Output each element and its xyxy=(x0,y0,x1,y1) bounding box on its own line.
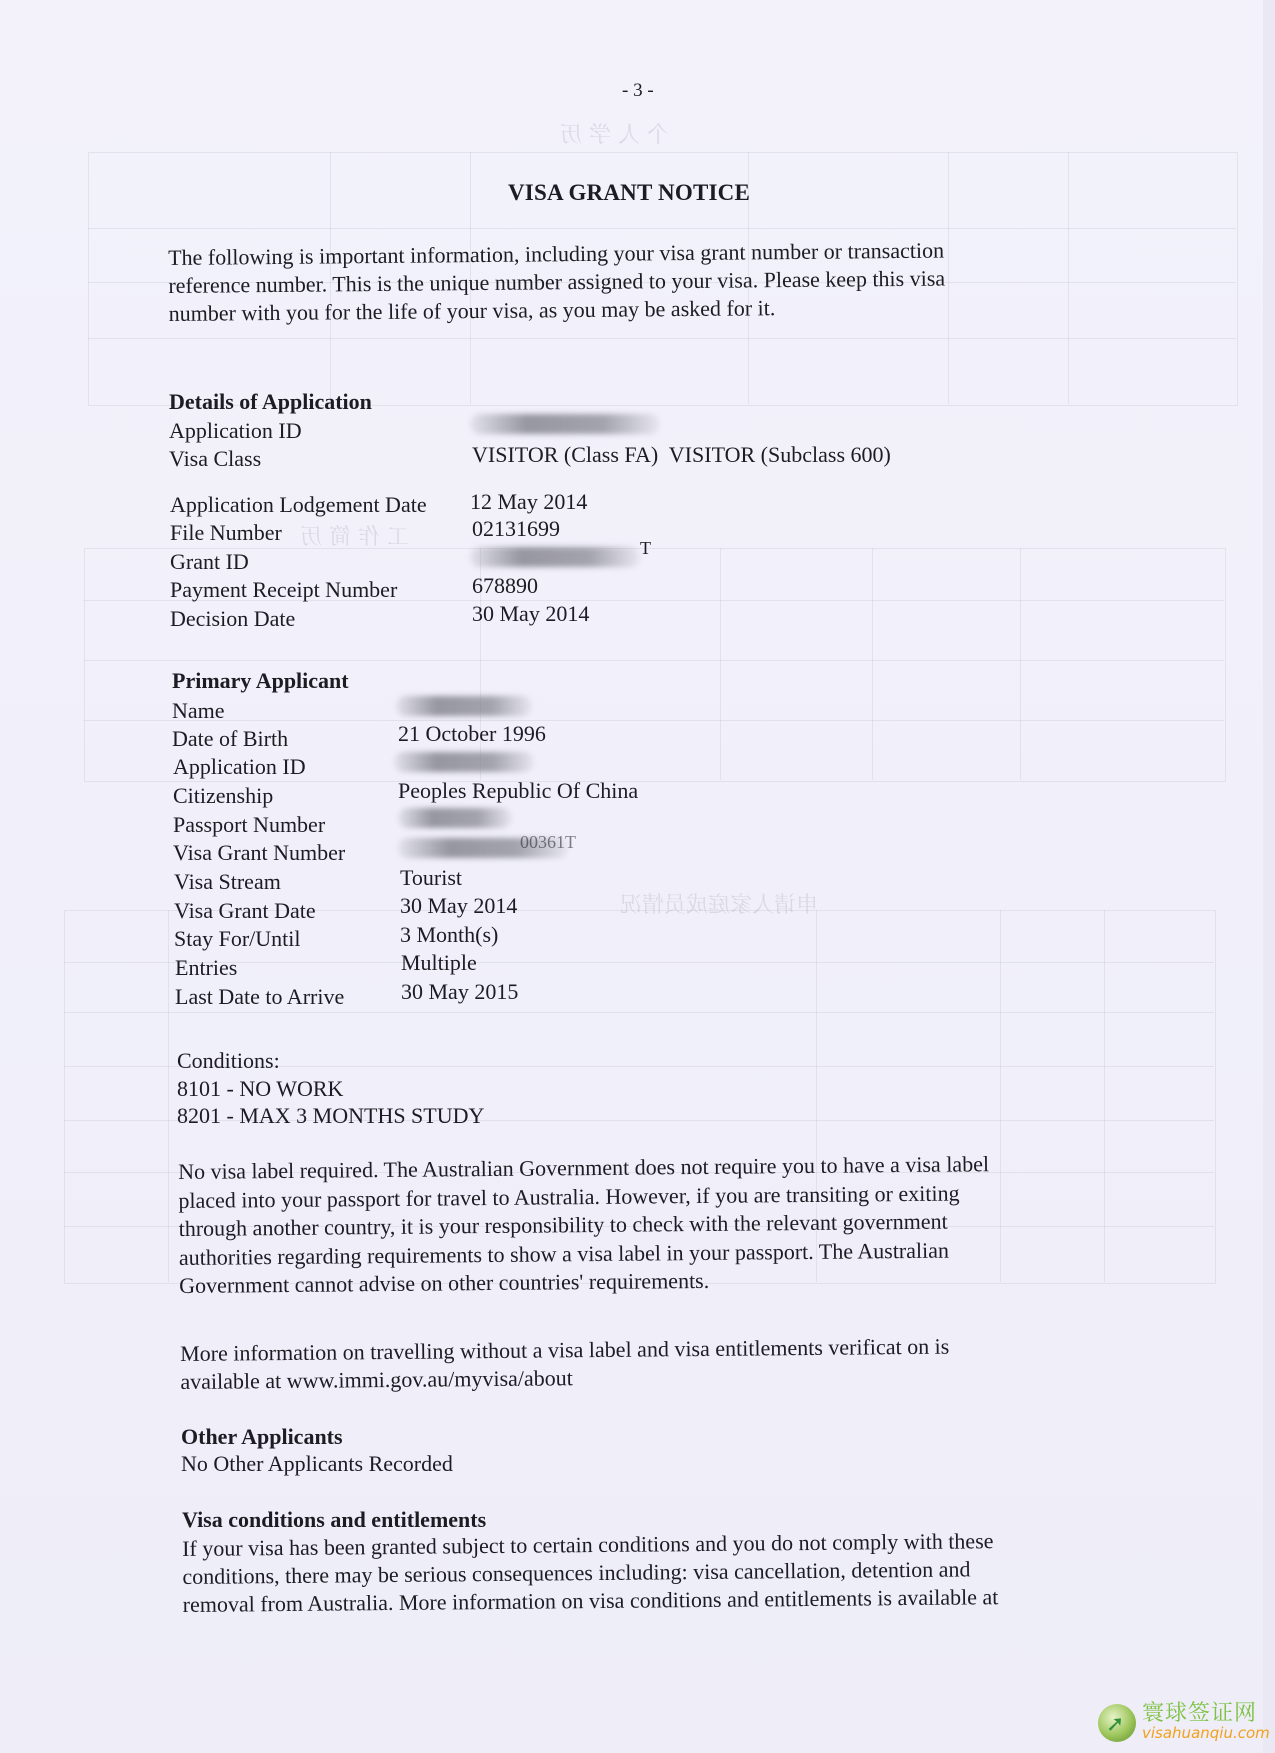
value-date-of-birth: 21 October 1996 xyxy=(398,721,546,747)
ghost-line xyxy=(88,338,1236,339)
paper-edge xyxy=(1263,0,1275,1753)
label-file-number: File Number xyxy=(170,520,282,546)
page-number: - 3 - xyxy=(622,80,654,102)
label-applicant-application-id: Application ID xyxy=(173,754,306,780)
other-applicants-heading: Other Applicants xyxy=(181,1424,343,1450)
ghost-line xyxy=(1104,910,1105,1282)
ghost-line xyxy=(84,660,1224,661)
intro-paragraph: The following is important information, … xyxy=(168,237,946,328)
ghost-line xyxy=(872,548,873,780)
condition-item: 8101 - NO WORK xyxy=(177,1076,343,1102)
details-heading: Details of Application xyxy=(169,389,372,415)
label-visa-grant-date: Visa Grant Date xyxy=(174,898,316,924)
watermark-en-text: visahuanqiu.com xyxy=(1142,1724,1270,1742)
value-file-number: 02131699 xyxy=(472,516,560,542)
label-passport-number: Passport Number xyxy=(173,812,325,838)
redacted-passport-number xyxy=(398,808,512,828)
label-stay-for-until: Stay For/Until xyxy=(174,926,301,952)
ghost-line xyxy=(948,152,949,404)
value-grant-id-suffix: T xyxy=(640,538,651,559)
ghost-heading-work: 工 作 简 历 xyxy=(300,520,409,551)
ghost-heading-education: 个 人 学 历 xyxy=(560,118,669,149)
value-decision-date: 30 May 2014 xyxy=(472,601,589,627)
condition-item: 8201 - MAX 3 MONTHS STUDY xyxy=(177,1103,484,1129)
ghost-line xyxy=(1068,152,1069,404)
label-last-date-to-arrive: Last Date to Arrive xyxy=(175,984,344,1010)
label-visa-class: Visa Class xyxy=(169,446,261,472)
document-title: VISA GRANT NOTICE xyxy=(508,180,750,206)
label-visa-grant-number: Visa Grant Number xyxy=(173,840,345,866)
visa-conditions-heading: Visa conditions and entitlements xyxy=(182,1507,486,1533)
ghost-line xyxy=(64,1012,1214,1013)
value-stay-for-until: 3 Month(s) xyxy=(400,922,498,948)
other-applicants-text: No Other Applicants Recorded xyxy=(181,1451,453,1477)
value-citizenship: Peoples Republic Of China xyxy=(398,778,638,804)
value-entries: Multiple xyxy=(401,950,477,976)
label-lodgement-date: Application Lodgement Date xyxy=(170,492,427,518)
value-last-date-to-arrive: 30 May 2015 xyxy=(401,979,518,1005)
redacted-name xyxy=(396,696,532,716)
label-visa-stream: Visa Stream xyxy=(174,869,281,895)
label-name: Name xyxy=(172,698,225,724)
label-date-of-birth: Date of Birth xyxy=(172,726,288,752)
ghost-line xyxy=(720,548,721,780)
ghost-line xyxy=(168,910,169,1282)
ghost-line xyxy=(1000,910,1001,1282)
redacted-applicant-application-id xyxy=(394,752,534,772)
conditions-heading: Conditions: xyxy=(177,1048,280,1074)
value-payment-receipt: 678890 xyxy=(472,573,538,599)
label-application-id: Application ID xyxy=(169,418,302,444)
value-lodgement-date: 12 May 2014 xyxy=(470,489,587,515)
more-info-paragraph: More information on travelling without a… xyxy=(180,1333,950,1396)
ghost-line xyxy=(1020,548,1021,780)
value-visa-grant-date: 30 May 2014 xyxy=(400,893,517,919)
primary-applicant-heading: Primary Applicant xyxy=(172,668,349,694)
label-grant-id: Grant ID xyxy=(170,549,249,575)
site-watermark: ➚ 寰球签证网 visahuanqiu.com xyxy=(1098,1700,1268,1746)
visa-conditions-paragraph: If your visa has been granted subject to… xyxy=(182,1527,998,1619)
arrow-icon: ➚ xyxy=(1106,1712,1124,1737)
value-visa-class: VISITOR (Class FA) VISITOR (Subclass 600… xyxy=(472,442,891,468)
watermark-cn-text: 寰球签证网 xyxy=(1142,1696,1257,1727)
value-visa-stream: Tourist xyxy=(400,865,462,891)
redacted-application-id xyxy=(470,414,660,434)
label-entries: Entries xyxy=(175,955,237,981)
ghost-line xyxy=(84,720,1224,721)
value-visa-grant-number-suffix: 00361T xyxy=(520,832,576,853)
label-payment-receipt: Payment Receipt Number xyxy=(170,577,397,603)
visa-label-notice: No visa label required. The Australian G… xyxy=(178,1150,990,1300)
label-decision-date: Decision Date xyxy=(170,606,295,632)
label-citizenship: Citizenship xyxy=(173,783,273,809)
ghost-line xyxy=(88,228,1236,229)
redacted-grant-id xyxy=(470,547,640,567)
